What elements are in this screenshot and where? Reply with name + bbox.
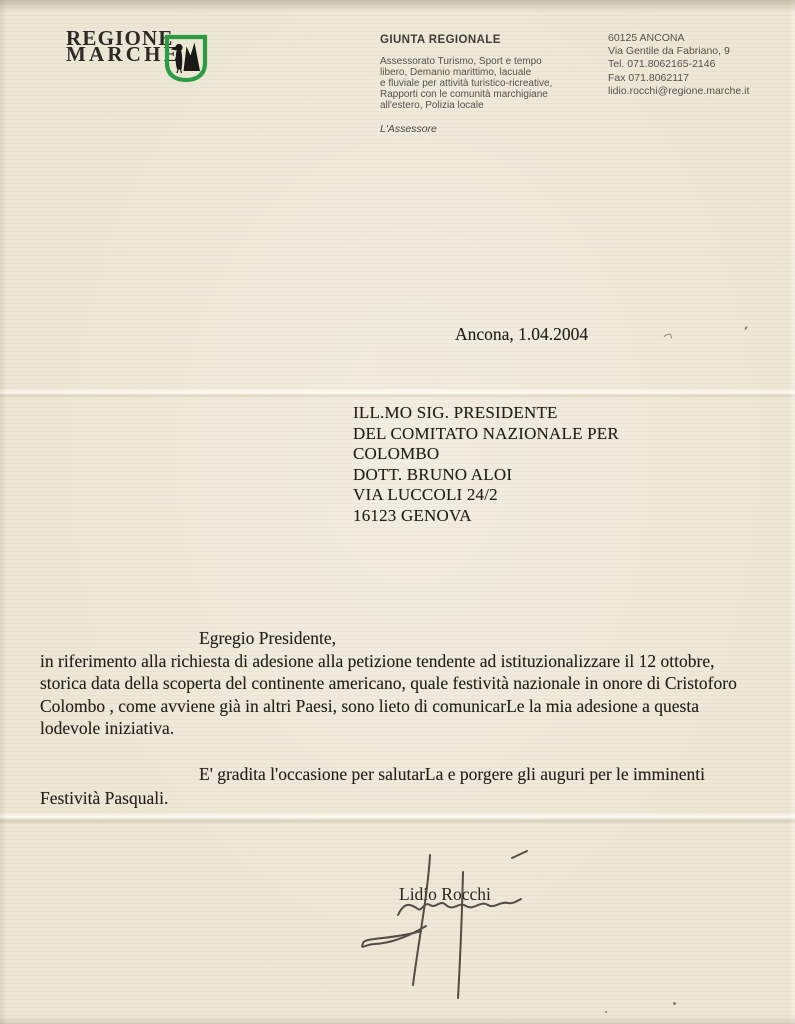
department-description-line: Assessorato Turismo, Sport e tempo — [380, 56, 605, 67]
recipient-line: DOTT. BRUNO ALOI — [353, 465, 619, 486]
department-description-line: all'estero, Polizia locale — [380, 100, 605, 111]
contact-phone: Tel. 071.8062165-2146 — [608, 58, 788, 71]
body-line: lodevole iniziativa. — [40, 717, 740, 739]
paper-fold-crease — [0, 812, 795, 824]
dateline: Ancona, 1.04.2004 — [455, 324, 588, 345]
scan-speck — [662, 333, 673, 343]
recipient-line: DEL COMITATO NAZIONALE PER — [353, 424, 619, 445]
department-description-line: e fluviale per attività turistico-ricrea… — [380, 78, 605, 89]
scan-speck — [673, 1002, 676, 1005]
contact-fax: Fax 071.8062117 — [608, 72, 788, 85]
body-line: Colombo , come avviene già in altri Paes… — [40, 695, 740, 717]
body-line: in riferimento alla richiesta di adesion… — [40, 650, 740, 672]
paper-fold-crease — [0, 388, 795, 398]
salutation: Egregio Presidente, — [199, 628, 336, 649]
department-block: GIUNTA REGIONALE Assessorato Turismo, Sp… — [380, 34, 605, 135]
handwritten-signature — [335, 843, 565, 1008]
closing-line-1: E' gradita l'occasione per salutarLa e p… — [199, 764, 705, 785]
body-paragraph: in riferimento alla richiesta di adesion… — [40, 650, 740, 740]
contact-email: lidio.rocchi@regione.marche.it — [608, 85, 788, 98]
closing-line-2: Festività Pasquali. — [40, 788, 168, 809]
department-title: GIUNTA REGIONALE — [380, 34, 605, 46]
contact-postal-city: 60125 ANCONA — [608, 32, 788, 45]
department-description: Assessorato Turismo, Sport e tempo liber… — [380, 56, 605, 111]
signer-role: L'Assessore — [380, 123, 605, 135]
recipient-line: ILL.MO SIG. PRESIDENTE — [353, 403, 619, 424]
department-description-line: Rapporti con le comunità marchigiane — [380, 89, 605, 100]
recipient-line: 16123 GENOVA — [353, 506, 619, 527]
recipient-line: COLOMBO — [353, 444, 619, 465]
contact-street: Via Gentile da Fabriano, 9 — [608, 45, 788, 58]
recipient-line: VIA LUCCOLI 24/2 — [353, 485, 619, 506]
scan-speck — [605, 1011, 607, 1013]
marche-shield-icon — [164, 34, 208, 88]
scan-speck — [744, 326, 748, 330]
body-line: storica data della scoperta del continen… — [40, 672, 740, 694]
scanned-letter: REGIONE MARCHE GIUNTA REGIONALE Assessor… — [0, 0, 795, 1024]
recipient-address: ILL.MO SIG. PRESIDENTE DEL COMITATO NAZI… — [353, 403, 619, 526]
contact-block: 60125 ANCONA Via Gentile da Fabriano, 9 … — [608, 32, 788, 98]
department-description-line: libero, Demanio marittimo, lacuale — [380, 67, 605, 78]
